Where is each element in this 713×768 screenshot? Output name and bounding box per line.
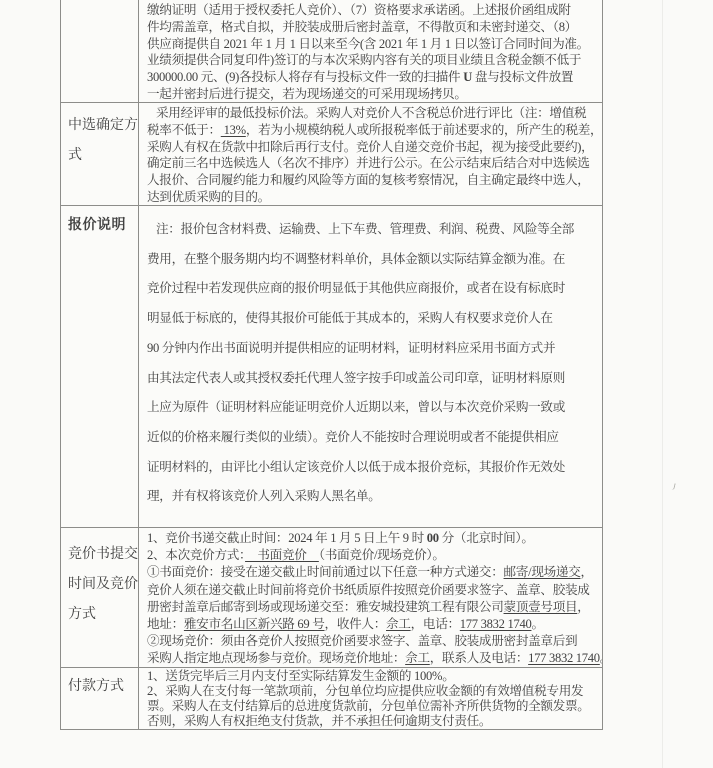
text-line: 300000.00 元、(9)各投标人将存有与投标文件一致的扫描件 U 盘与投标… (147, 69, 598, 86)
bold-text: 00 (427, 531, 439, 545)
text-line: 注：报价包含材料费、运输费、上下车费、管理费、利润、税费、风险等全部 (147, 215, 598, 245)
text-line: ①书面竞价：接受在递交截止时间前通过以下任意一种方式递交：邮寄/现场递交， (147, 564, 598, 581)
table-row: 竞价书提交时间及竞价方式1、竞价书递交截止时间：2024 年 1 月 5 日上午… (61, 528, 602, 668)
table-row: 中选确定方式采用经评审的最低投标价法。采购人对竞价人不含税总价进行评比（注：增值… (61, 103, 602, 206)
underlined-text: 书面竞价 (245, 548, 319, 562)
text-line: 理，并有权将该竞价人列入采购人黑名单。 (147, 482, 598, 512)
underlined-text: 佘工 (386, 617, 411, 631)
text-line: 否则，采购人有权拒绝支付货款，并不承担任何逾期支付责任。 (147, 714, 598, 729)
text-line: 竞价人须在递交截止时间前将竞价书纸质原件按照竞价函要求签字、盖章、胶装成 (147, 582, 598, 599)
text-line: 票。采购人在支付结算后的总进度货款前，分包单位需补齐所供货物的全额发票。 (147, 699, 598, 714)
text-line: 达到优质采购的目的。 (147, 189, 598, 205)
text-line: 由其法定代表人或其授权委托代理人签字按手印或盖公司印章，证明材料原则 (147, 364, 598, 394)
underlined-text: 177 3832 1740 (528, 651, 600, 665)
text-line: ②现场竞价：须由各竞价人按照竞价函要求签字、盖章、胶装成册密封盖章后到 (147, 633, 598, 650)
text-line: 供应商提供自 2021 年 1 月 1 日以来至今(含 2021 年 1 月 1… (147, 36, 598, 53)
ink-mark-artifact (670, 483, 675, 491)
table-row: 报价说明注：报价包含材料费、运输费、上下车费、管理费、利润、税费、风险等全部费用… (61, 206, 602, 528)
row-content-cell: 采用经评审的最低投标价法。采购人对竞价人不含税总价进行评比（注：增值税税率不低于… (139, 103, 602, 205)
bold-text: U (463, 70, 472, 84)
text-line: 2、采购人在支付每一笔款项前，分包单位均应提供应收金额的有效增值税专用发 (147, 684, 598, 699)
text-line: 1、送货完毕后三月内支付至实际结算发生金额的 100%。 (147, 669, 598, 684)
row-label-cell: 竞价书提交时间及竞价方式 (61, 528, 139, 667)
underlined-text: 雅安市名山区新兴路 69 号 (184, 617, 325, 631)
underlined-text: 佘工 (405, 651, 430, 665)
text-line: 一起并密封后进行提交，若为现场递交的可采用现场拷贝。 (147, 86, 598, 102)
row-label-cell (61, 0, 139, 102)
text-line: 地址：雅安市名山区新兴路 69 号，收件人：佘工，电话：177 3832 174… (147, 616, 598, 633)
text-line: 明显低于标底的，使得其报价可能低于其成本的，采购人有权要求竞价人在 (147, 304, 598, 334)
text-line: 1、竞价书递交截止时间：2024 年 1 月 5 日上午 9 时 00 分（北京… (147, 530, 598, 547)
text-line: 近似的价格来履行类似的业绩）。竞价人不能按时合理说明或者不能提供相应 (147, 423, 598, 453)
text-line: 费用，在整个服务期内均不调整材料单价，具体金额以实际结算金额为准。在 (147, 245, 598, 275)
text-line: 2、本次竞价方式： 书面竞价 （书面竞价/现场竞价）。 (147, 547, 598, 564)
table-row: 缴纳证明（适用于授权委托人竞价）、（7）资格要求承诺函。上述报价函组成附件均需盖… (61, 0, 602, 103)
text-line: 采购人有权在货款中扣除后再行支付。竞价人自递交竞价书起，视为接受此要约)， (147, 139, 598, 156)
text-line: 上应为原件（证明材料应能证明竞价人近期以来，曾以与本次竞价采购一致或 (147, 393, 598, 423)
row-content-cell: 缴纳证明（适用于授权委托人竞价）、（7）资格要求承诺函。上述报价函组成附件均需盖… (139, 0, 602, 102)
document-page: 缴纳证明（适用于授权委托人竞价）、（7）资格要求承诺函。上述报价函组成附件均需盖… (0, 0, 713, 768)
row-label-cell: 报价说明 (61, 206, 139, 527)
underlined-text: 177 3832 1740 (460, 617, 532, 631)
text-line: 件均需盖章，格式自拟，并胶装成册后密封盖章，不得散页和未密封递交、（8） (147, 19, 598, 36)
text-line: 缴纳证明（适用于授权委托人竞价）、（7）资格要求承诺函。上述报价函组成附 (147, 2, 598, 19)
text-line: 册密封盖章后邮寄到场或现场递交至：雅安城投建筑工程有限公司蒙顶壹号项目， (147, 599, 598, 616)
procurement-terms-table: 缴纳证明（适用于授权委托人竞价）、（7）资格要求承诺函。上述报价函组成附件均需盖… (60, 0, 603, 730)
row-label-cell: 中选确定方式 (61, 103, 139, 205)
underlined-text: 邮寄/现场递交 (504, 565, 581, 579)
underlined-text: 蒙顶壹号项目 (504, 600, 578, 614)
table-row: 付款方式1、送货完毕后三月内支付至实际结算发生金额的 100%。2、采购人在支付… (61, 668, 602, 729)
row-content-cell: 1、送货完毕后三月内支付至实际结算发生金额的 100%。2、采购人在支付每一笔款… (139, 668, 602, 729)
text-line: 90 分钟内作出书面说明并提供相应的证明材料，证明材料应采用书面方式并 (147, 334, 598, 364)
text-line: 采用经评审的最低投标价法。采购人对竞价人不含税总价进行评比（注：增值税 (147, 105, 598, 122)
text-line: 税率不低于： 13%，若为小规模纳税人或所报税率低于前述要求的，所产生的税差， (147, 122, 598, 139)
text-line: 业绩须提供合同复印件)签订的与本次采购内容有关的项目业绩且含税金额不低于 (147, 52, 598, 69)
text-line: 确定前三名中选候选人（名次不排序）并进行公示。在公示结束后结合对中选候选 (147, 155, 598, 172)
text-line: 竞价过程中若发现供应商的报价明显低于其他供应商报价，或者在设有标底时 (147, 274, 598, 304)
row-content-cell: 注：报价包含材料费、运输费、上下车费、管理费、利润、税费、风险等全部费用，在整个… (139, 206, 602, 527)
text-line: 人报价、合同履约能力和履约风险等方面的复核考察情况，自主确定最终中选人， (147, 172, 598, 189)
text-line: 采购人指定地点现场参与竞价。现场竞价地址：佘工，联系人及电话：177 3832 … (147, 650, 598, 667)
text-line: 证明材料的，由评比小组认定该竞价人以低于成本报价竞标，其报价作无效处 (147, 453, 598, 483)
row-content-cell: 1、竞价书递交截止时间：2024 年 1 月 5 日上午 9 时 00 分（北京… (139, 528, 602, 667)
underlined-text: 13% (221, 123, 246, 137)
scan-streak-artifact (662, 0, 663, 768)
row-label-cell: 付款方式 (61, 668, 139, 729)
